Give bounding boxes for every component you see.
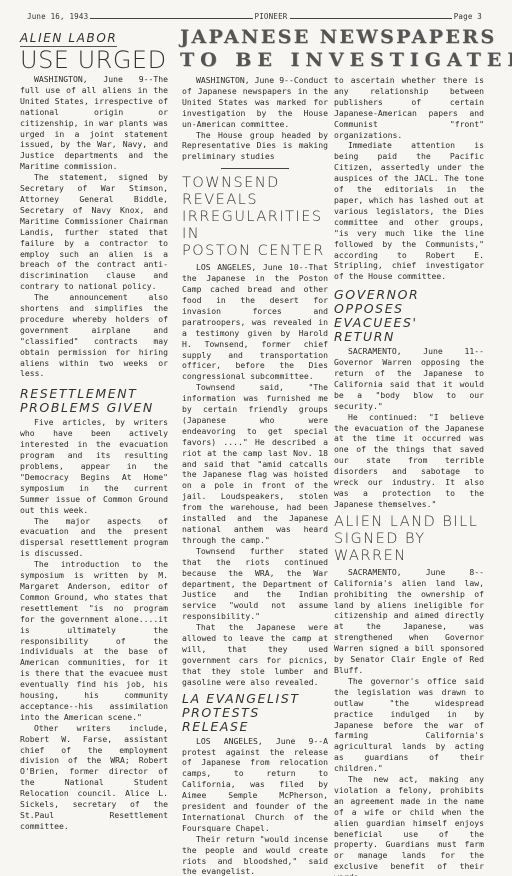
alien-labor-kicker: ALIEN LABOR [20,31,168,47]
article-paragraph: Other writers include, Robert W. Farse, … [20,723,168,832]
townsend-article: LOS ANGELES, June 10--That the Japanese … [182,262,328,687]
article-paragraph: Townsend further stated that the riots c… [182,546,328,622]
article-paragraph: He continued: "I believe the evacuation … [334,412,484,510]
masthead: June 16, 1943 PIONEER Page 3 [27,12,482,21]
masthead-paper-name: PIONEER [255,12,288,21]
governor-headline: GOVERNOR OPPOSES EVACUEES' RETURN [334,288,484,344]
resettlement-article: Five articles, by writers who have been … [20,417,168,831]
newspapers-article-continued: to ascertain whether there is any relati… [334,75,484,282]
masthead-rule [90,18,252,19]
article-paragraph: The House group headed by Representative… [182,130,328,163]
newspapers-article-start: WASHINGTON, June 9--Conduct of Japanese … [182,75,328,162]
article-paragraph: The governor's office said the legislati… [334,676,484,774]
article-paragraph: WASHINGTON, June 9--The full use of all … [20,74,168,172]
evangelist-headline: LA EVANGELIST PROTESTS RELEASE [182,692,328,734]
article-paragraph: SACRAMENTO, June 8--California's alien l… [334,567,484,676]
column-left: ALIEN LABOR USE URGED WASHINGTON, June 9… [20,31,168,832]
banner-headline: Japanese Newspapers To Be Investigated [180,26,485,72]
resettlement-headline: RESETTLEMENT PROBLEMS GIVEN [20,387,168,415]
masthead-page-number: Page 3 [454,12,482,21]
masthead-rule [290,18,452,19]
article-paragraph: Their return "would incense the people a… [182,834,328,876]
article-paragraph: to ascertain whether there is any relati… [334,75,484,140]
alien-labor-article: WASHINGTON, June 9--The full use of all … [20,74,168,379]
article-paragraph: LOS ANGELES, June 10--That the Japanese … [182,262,328,382]
article-paragraph: The new act, making any violation a felo… [334,774,484,876]
article-paragraph: The introduction to the symposium is wri… [20,559,168,723]
alien-land-article: SACRAMENTO, June 8--California's alien l… [334,567,484,876]
governor-article: SACRAMENTO, June 11--Governor Warren opp… [334,346,484,510]
article-paragraph: That the Japanese were allowed to leave … [182,622,328,687]
evangelist-article: LOS ANGELES, June 9--A protest against t… [182,736,328,876]
townsend-headline: TOWNSEND REVEALS IRREGULARITIES IN POSTO… [182,175,328,260]
column-middle: WASHINGTON, June 9--Conduct of Japanese … [182,75,328,876]
article-paragraph: The announcement also shortens and simpl… [20,292,168,379]
article-paragraph: The statement, signed by Secretary of Wa… [20,172,168,292]
newspaper-page: June 16, 1943 PIONEER Page 3 ALIEN LABOR… [0,0,512,876]
section-divider [221,168,289,169]
column-right: to ascertain whether there is any relati… [334,75,484,876]
article-paragraph: LOS ANGELES, June 9--A protest against t… [182,736,328,834]
masthead-date: June 16, 1943 [27,12,88,21]
article-paragraph: Immediate attention is being paid the Pa… [334,140,484,282]
alien-labor-headline: USE URGED [20,48,168,72]
article-paragraph: Townsend said, "The information was furn… [182,382,328,546]
article-paragraph: SACRAMENTO, June 11--Governor Warren opp… [334,346,484,411]
article-paragraph: The major aspects of evacuation and the … [20,516,168,560]
article-paragraph: WASHINGTON, June 9--Conduct of Japanese … [182,75,328,130]
article-paragraph: Five articles, by writers who have been … [20,417,168,515]
alien-land-headline: ALIEN LAND BILL SIGNED BY WARREN [334,514,484,565]
